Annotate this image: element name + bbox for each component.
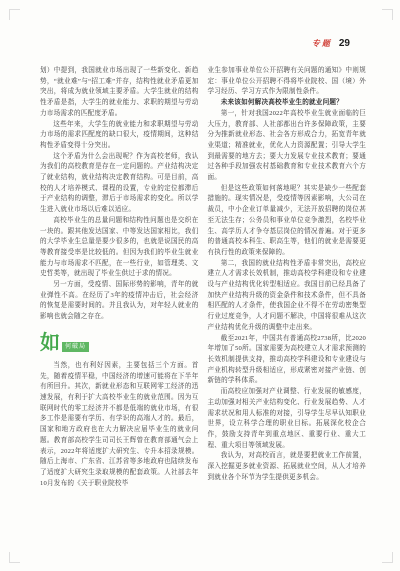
cropmark-bottom-right: [382, 552, 393, 563]
section-heading: 如 何破局: [40, 332, 199, 354]
paragraph: 高校毕业生的总量问题和结构性问题也是交织在一块的。跟其他发达国家、中等发达国家相…: [40, 216, 199, 280]
article-body: 划）中提到，我国就业市场出现了一些新变化、新趋势，“就业难”与“招工难”并存，结…: [40, 66, 366, 489]
section-heading-lead-char: 如: [40, 332, 60, 354]
paragraph: 第一，针对我国2022年高校毕业生就业面临的巨大压力，教育部、人社部都出台许多保…: [208, 109, 367, 184]
paragraph: 另一方面，受疫情、国际形势的影响，青年的就业弹性不高。在经历了3年的疫情冲击后，…: [40, 280, 199, 323]
section-label: 专题: [312, 38, 332, 49]
left-paragraphs-after-heading: 当然，也有利好因素，主要包括三个方面。首先，随着疫情平稳，中国经济的增速可能将在…: [40, 361, 199, 489]
cropmark-top-right: [382, 9, 393, 20]
paragraph: 这个矛盾为什么会出现呢？作为高校老师，我认为我们的高校教育是存在一定问题的。产业…: [40, 152, 199, 216]
paragraph: 而高校应加强对产业调整、行业发展的敏感度，主动加强对相关产业结构变化、行业发展趋…: [208, 387, 367, 451]
left-column: 划）中提到，我国就业市场出现了一些新变化、新趋势，“就业难”与“招工难”并存，结…: [40, 66, 199, 489]
paragraph: 我认为，对高校而言，就是要把就业工作前置，深入挖掘更多就业资源、拓展就业空间，从…: [208, 451, 367, 483]
page-number: 29: [339, 38, 350, 49]
section-heading-boxed-text: 何破局: [62, 342, 89, 352]
magazine-page: 专题 29 划）中提到，我国就业市场出现了一些新变化、新趋势，“就业难”与“招工…: [0, 0, 400, 571]
right-paragraphs: 第一，针对我国2022年高校毕业生就业面临的巨大压力，教育部、人社部都出台许多保…: [208, 109, 367, 484]
right-column: 业生参加事业单位公开招聘有关问题的通知》中则规定：事业单位公开招聘不得将毕业院校…: [208, 66, 367, 489]
cropmark-bottom-left: [9, 552, 20, 563]
paragraph: 但是这些政策如何落地呢？其实是缺少一些配套措施的。现实情况是，受疫情等因素影响，…: [208, 184, 367, 259]
left-paragraphs-before-heading: 划）中提到，我国就业市场出现了一些新变化、新趋势，“就业难”与“招工难”并存，结…: [40, 66, 199, 323]
paragraph: 业生参加事业单位公开招聘有关问题的通知》中则规定：事业单位公开招聘不得将毕业院校…: [208, 66, 367, 98]
paragraph: 这些年来，大学生的就业能力和求职期望与劳动力市场的需求匹配度的缺口很大，疫情期间…: [40, 120, 199, 152]
paragraph: 划）中提到，我国就业市场出现了一些新变化、新趋势，“就业难”与“招工难”并存，结…: [40, 66, 199, 120]
paragraph: 当然，也有利好因素，主要包括三个方面。首先，随着疫情平稳，中国经济的增速可能将在…: [40, 361, 199, 489]
page-header: 专题 29: [312, 38, 350, 49]
paragraph: 截至2021年，中国共有普通高校2738所，比2020年增加了50所。国家需要为…: [208, 334, 367, 388]
cropmark-top-left: [9, 9, 20, 20]
question-paragraph: 未来该如何解决高校毕业生的就业问题？: [208, 98, 367, 109]
right-continuation-paragraphs: 业生参加事业单位公开招聘有关问题的通知》中则规定：事业单位公开招聘不得将毕业院校…: [208, 66, 367, 98]
paragraph: 第二，我国的就业结构性矛盾非常突出，高校应建立人才需求长效机制，推动高校学科建设…: [208, 259, 367, 334]
